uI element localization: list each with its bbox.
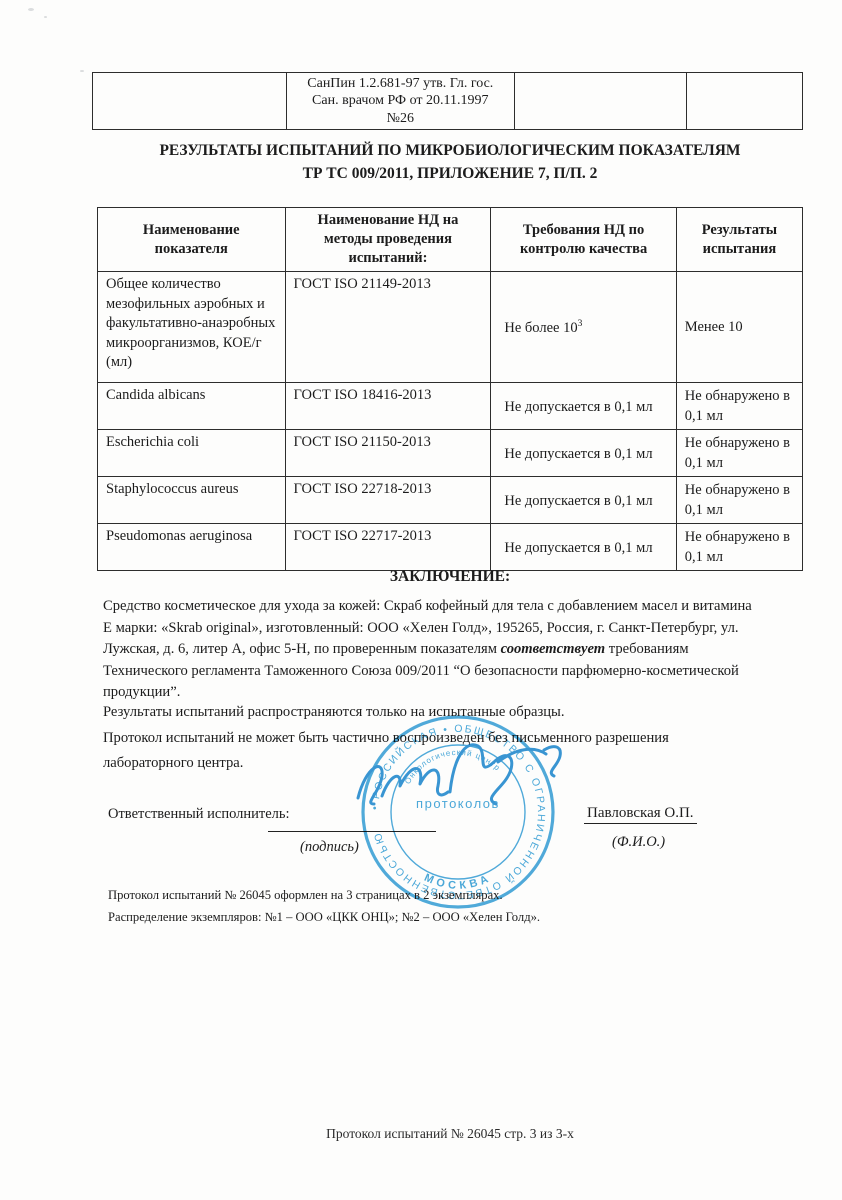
footnote-line-2: Распределение экземпляров: №1 – ООО «ЦКК… xyxy=(108,906,728,928)
scan-artifact xyxy=(44,16,47,18)
table-row: Общее количество мезофильных аэробных и … xyxy=(98,272,803,383)
page-footer: Протокол испытаний № 26045 стр. 3 из 3-х xyxy=(97,1126,803,1142)
column-header-requirement: Требования НД по контролю качества xyxy=(491,208,676,272)
reference-cell-empty xyxy=(93,73,287,130)
executor-name-caption: (Ф.И.О.) xyxy=(612,834,665,851)
title-line-1: РЕЗУЛЬТАТЫ ИСПЫТАНИЙ ПО МИКРОБИОЛОГИЧЕСК… xyxy=(97,139,803,162)
indicator-cell: Candida albicans xyxy=(98,383,286,430)
requirement-text: Не допускается в 0,1 мл xyxy=(504,493,652,509)
requirement-text: Не допускается в 0,1 мл xyxy=(504,399,652,415)
note-line-1: Результаты испытаний распространяются то… xyxy=(103,700,763,726)
scan-artifact xyxy=(28,8,34,11)
results-table: Наименование показателя Наименование НД … xyxy=(97,207,803,571)
protocol-footnotes: Протокол испытаний № 26045 оформлен на 3… xyxy=(108,884,728,928)
reference-table: СанПин 1.2.681-97 утв. Гл. гос. Сан. вра… xyxy=(92,72,803,130)
reference-cell-empty xyxy=(514,73,687,130)
method-cell: ГОСТ ISO 22717-2013 xyxy=(285,524,491,571)
result-cell: Не обнаружено в 0,1 мл xyxy=(676,524,802,571)
document-page: СанПин 1.2.681-97 утв. Гл. гос. Сан. вра… xyxy=(0,0,842,1200)
method-cell: ГОСТ ISO 22718-2013 xyxy=(285,477,491,524)
requirement-text: Не допускается в 0,1 мл xyxy=(504,446,652,462)
requirement-cell: Не допускается в 0,1 мл xyxy=(491,524,676,571)
result-cell: Не обнаружено в 0,1 мл xyxy=(676,430,802,477)
column-header-indicator: Наименование показателя xyxy=(98,208,286,272)
result-cell: Не обнаружено в 0,1 мл xyxy=(676,477,802,524)
method-cell: ГОСТ ISO 21149-2013 xyxy=(285,272,491,383)
requirement-superscript: 3 xyxy=(578,319,583,329)
method-cell: ГОСТ ISO 21150-2013 xyxy=(285,430,491,477)
method-cell: ГОСТ ISO 18416-2013 xyxy=(285,383,491,430)
requirement-cell: Не допускается в 0,1 мл xyxy=(491,383,676,430)
signature-line xyxy=(268,831,436,832)
table-header-row: Наименование показателя Наименование НД … xyxy=(98,208,803,272)
title-line-2: ТР ТС 009/2011, ПРИЛОЖЕНИЕ 7, П/П. 2 xyxy=(97,162,803,185)
result-cell: Менее 10 xyxy=(676,272,802,383)
table-row: Candida albicans ГОСТ ISO 18416-2013 Не … xyxy=(98,383,803,430)
conclusion-paragraph: Средство косметическое для ухода за коже… xyxy=(103,596,753,704)
footnote-line-1: Протокол испытаний № 26045 оформлен на 3… xyxy=(108,884,728,906)
requirement-cell: Не более 103 xyxy=(491,272,676,383)
table-row: Pseudomonas aeruginosa ГОСТ ISO 22717-20… xyxy=(98,524,803,571)
requirement-text: Не более 10 xyxy=(504,320,577,336)
reference-cell-sanpin: СанПин 1.2.681-97 утв. Гл. гос. Сан. вра… xyxy=(286,73,514,130)
column-header-result: Результаты испытания xyxy=(676,208,802,272)
stamp-center-word: протоколов xyxy=(416,796,500,811)
table-row: СанПин 1.2.681-97 утв. Гл. гос. Сан. вра… xyxy=(93,73,803,130)
requirement-cell: Не допускается в 0,1 мл xyxy=(491,430,676,477)
page-title: РЕЗУЛЬТАТЫ ИСПЫТАНИЙ ПО МИКРОБИОЛОГИЧЕСК… xyxy=(97,139,803,185)
requirement-cell: Не допускается в 0,1 мл xyxy=(491,477,676,524)
responsible-executor-label: Ответственный исполнитель: xyxy=(108,806,290,823)
conclusion-heading: ЗАКЛЮЧЕНИЕ: xyxy=(97,568,803,586)
note-line-2: Протокол испытаний не может быть частичн… xyxy=(103,726,763,777)
reference-cell-empty xyxy=(687,73,803,130)
executor-name: Павловская О.П. xyxy=(584,805,697,824)
table-row: Staphylococcus aureus ГОСТ ISO 22718-201… xyxy=(98,477,803,524)
result-cell: Не обнаружено в 0,1 мл xyxy=(676,383,802,430)
conclusion-emphasis: соответствует xyxy=(501,641,606,657)
indicator-cell: Pseudomonas aeruginosa xyxy=(98,524,286,571)
indicator-cell: Escherichia coli xyxy=(98,430,286,477)
scan-artifact xyxy=(80,70,84,72)
column-header-method: Наименование НД на методы проведения исп… xyxy=(285,208,491,272)
scope-notes: Результаты испытаний распространяются то… xyxy=(103,700,763,777)
signature-caption: (подпись) xyxy=(300,839,359,856)
table-row: Escherichia coli ГОСТ ISO 21150-2013 Не … xyxy=(98,430,803,477)
requirement-text: Не допускается в 0,1 мл xyxy=(504,540,652,556)
indicator-cell: Staphylococcus aureus xyxy=(98,477,286,524)
indicator-cell: Общее количество мезофильных аэробных и … xyxy=(98,272,286,383)
